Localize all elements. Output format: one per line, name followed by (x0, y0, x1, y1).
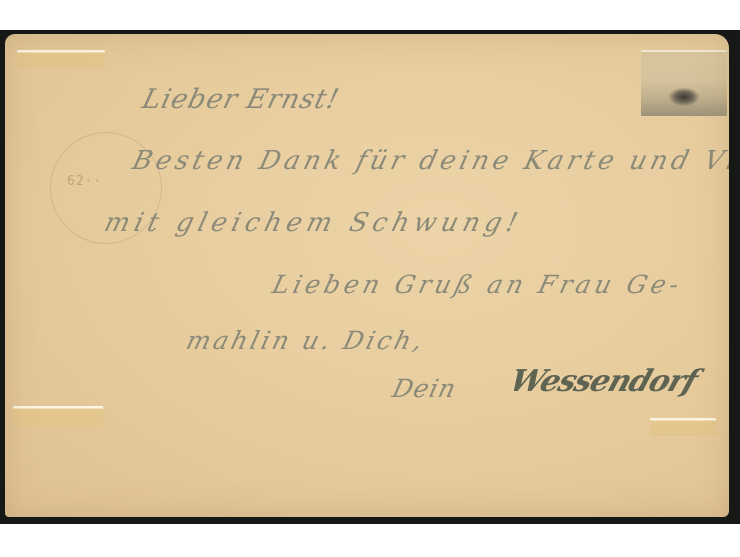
message-line-4: mahlin u. Dich, (183, 326, 428, 355)
message-line-1: Besten Dank für deine Karte und Vivat (129, 146, 729, 176)
hinge-tape-top-left (17, 50, 105, 68)
photo-frame: 62·· Lieber Ernst! Besten Dank für deine… (0, 30, 740, 524)
hinge-tape-bottom-right (650, 418, 716, 436)
hinge-tape-bottom-left (13, 406, 103, 426)
message-line-2: mit gleichem Schwung! (101, 208, 525, 238)
message-line-3: Lieben Gruß an Frau Ge- (269, 270, 686, 299)
closing-line: Dein (389, 374, 459, 403)
greeting-line: Lieber Ernst! (139, 84, 343, 115)
postcard: 62·· Lieber Ernst! Besten Dank für deine… (5, 34, 729, 517)
stamp-residue (669, 88, 699, 106)
signature: Wessendorf (505, 364, 701, 399)
postmark-text: 62·· (67, 174, 102, 189)
stamp-hinge-remnant (641, 50, 727, 116)
